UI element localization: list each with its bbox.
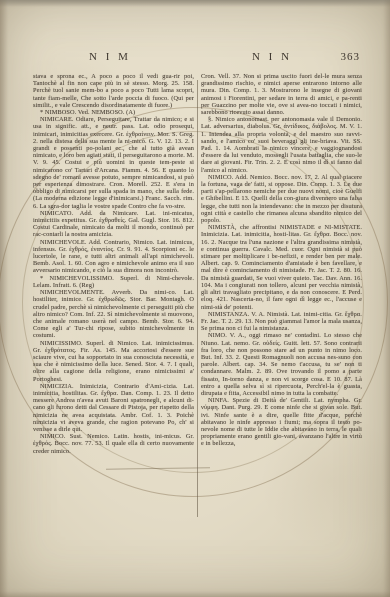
dictionary-paragraph: * NIMBOSO. Ved. NEMBOSO. (A) [33,109,194,116]
page-right-edge-shadow [383,0,390,597]
page-top-edge-shadow [0,0,390,7]
right-text-column: Cron. Vell. 37. Non si prima uscito fuor… [201,73,362,521]
dictionary-paragraph: NIMO. V. A., oggi rimaso ne' contadini. … [201,332,362,397]
page-number: 363 [318,51,360,63]
dictionary-paragraph: NINFA. Spezie di Deità de' Gentili. Lat.… [201,397,362,447]
dictionary-paragraph: NIMICHEVOLMENTE. Avverb. Da nimi-co. Lat… [33,289,194,339]
scanned-book-page: N I M N I N 363 stava e sprona ec., A po… [0,0,390,597]
running-head-left: N I M [70,51,150,63]
dictionary-paragraph: NIMICARE. Odiare, Perseguitare, Trattar … [33,116,194,210]
dictionary-paragraph: NIMICATO. Add. da Nimicare. Lat. ini-mic… [33,210,194,239]
dictionary-paragraph: NIMICIZIA. Inimicizia, Contrario d'Ami-c… [33,383,194,433]
left-text-column: stava e sprona ec., A poco a poco il ved… [33,73,194,521]
running-head-right: N I N [232,51,312,63]
dictionary-paragraph: NIMICO. Add. Nemico. Bocc. nov. 17. 2. A… [201,174,362,224]
dictionary-paragraph: NIMISTANZA. V. A. Nimistà. Lat. inimi-ci… [201,311,362,333]
dictionary-paragraph: §. Nimico antonomast. per antonomasia va… [201,116,362,174]
dictionary-paragraph: NIMICISSIMO. Superl. di Nimico. Lat. ini… [33,340,194,383]
dictionary-paragraph: NIMISTÀ, che affrontisi NIMISTADE e NI-M… [201,224,362,310]
dictionary-paragraph: stava e sprona ec., A poco a poco il ved… [33,73,194,109]
dictionary-paragraph: NIMICO. Sust. Nemico. Latin. hostis, ini… [33,433,194,455]
running-head: N I M N I N 363 [0,51,390,65]
dictionary-paragraph: * NIMICHEVOLISSIMO. Superl. di Nimi-chev… [33,275,194,289]
column-divider-rule [197,80,198,517]
page-bottom-edge-shadow [0,591,390,597]
dictionary-paragraph: Cron. Vell. 37. Non si prima uscito fuor… [201,73,362,116]
page-left-edge-shadow [0,0,8,597]
dictionary-paragraph: NIMICHEVOLE. Add. Contrario, Nimico. Lat… [33,239,194,275]
